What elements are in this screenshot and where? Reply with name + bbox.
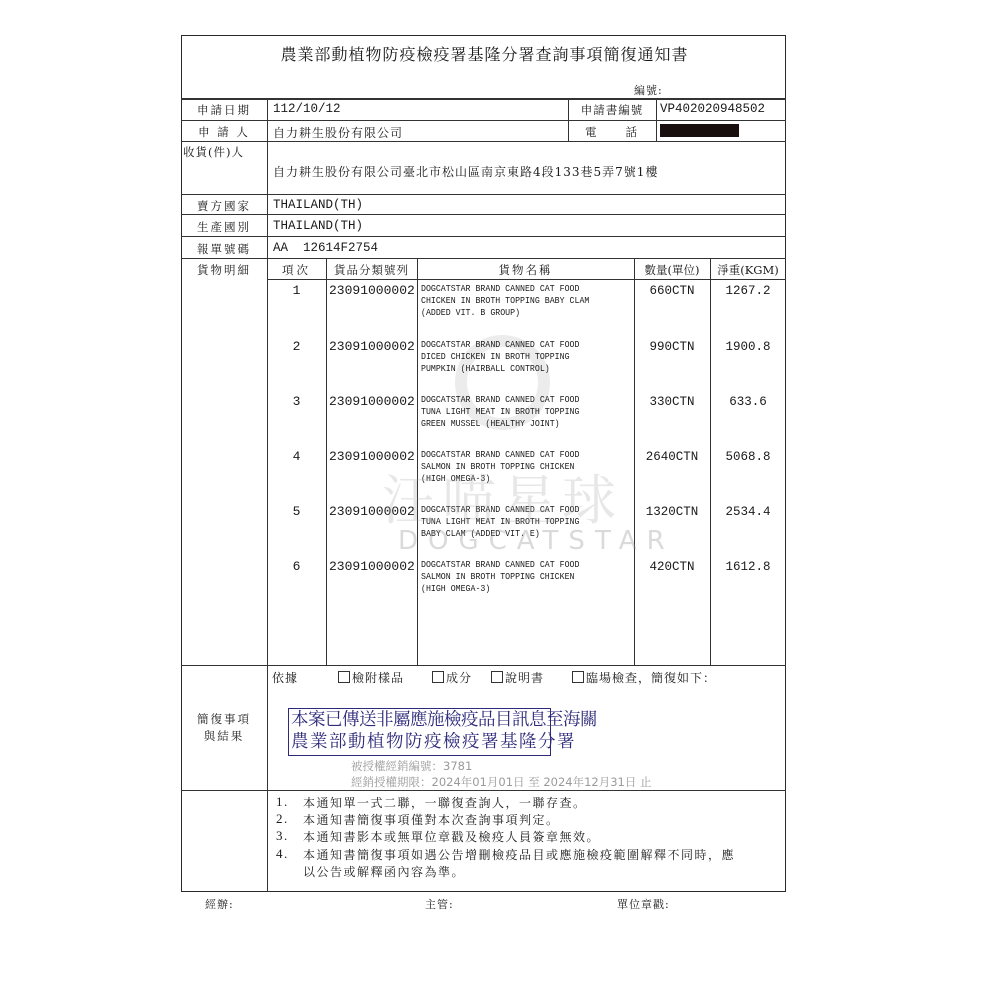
- consignee: 自力耕生股份有限公司臺北市松山區南京東路4段133巷5弄7號1樓: [273, 163, 658, 180]
- watermark-english: DOGCATSTAR: [398, 526, 675, 556]
- note-text: 以公告或解釋函內容為準。: [303, 863, 465, 880]
- goods-name-line: CHICKEN IN BROTH TOPPING BABY CLAM: [421, 295, 589, 307]
- authorization-period: 經銷授權期限：2024年01月01日 至 2024年12月31日 止: [351, 774, 652, 790]
- note-text: 本通知書簡復事項如遇公告增刪檢疫品目或應施檢疫範圍解釋不同時，應: [303, 846, 735, 863]
- consignee-label: 收貨(件)人: [183, 144, 244, 160]
- apply-date: 112/10/12: [273, 102, 341, 116]
- apply-date-label: 申請日期: [181, 102, 267, 118]
- quantity: 2640CTN: [634, 450, 710, 464]
- divider: [326, 258, 327, 665]
- col-header-code: 貨品分類號列: [326, 262, 417, 278]
- application-no: VP402020948502: [660, 102, 765, 116]
- goods-name: DOGCATSTAR BRAND CANNED CAT FOODTUNA LIG…: [421, 394, 605, 430]
- watermark-chinese: 汪喵星球: [382, 458, 622, 535]
- item-number: 6: [267, 559, 326, 574]
- goods-name-line: TUNA LIGHT MEAT IN BROTH TOPPING: [421, 406, 579, 418]
- application-no-label: 申請書編號: [568, 102, 656, 118]
- goods-name-line: DOGCATSTAR BRAND CANNED CAT FOOD: [421, 283, 589, 295]
- divider: [181, 194, 786, 195]
- checkbox-onsite-inspection[interactable]: 臨場檢查，簡復如下：: [572, 669, 716, 686]
- item-number: 3: [267, 394, 326, 409]
- net-weight: 1900.8: [710, 340, 786, 354]
- note-number: 3.: [276, 828, 289, 844]
- net-weight: 1267.2: [710, 284, 786, 298]
- divider: [181, 665, 786, 666]
- note-number: 2.: [276, 811, 289, 827]
- checkbox-icon: [432, 671, 444, 683]
- phone-redacted: [660, 124, 739, 137]
- goods-name-line: DOGCATSTAR BRAND CANNED CAT FOOD: [421, 394, 579, 406]
- result-section-label-2: 與結果: [181, 728, 267, 744]
- stamp-line-2: 農業部動植物防疫檢疫署基隆分署: [291, 731, 548, 753]
- goods-section-label: 貨物明細: [181, 262, 267, 278]
- note-number: 4.: [276, 846, 289, 862]
- item-number: 1: [267, 283, 326, 298]
- checkbox-sample[interactable]: 檢附樣品: [338, 669, 404, 686]
- stamp-line-1: 本案已傳送非屬應施檢疫品目訊息至海關: [291, 709, 548, 731]
- hs-code: 23091000002: [329, 394, 415, 409]
- quantity: 660CTN: [634, 284, 710, 298]
- goods-name-line: DICED CHICKEN IN BROTH TOPPING: [421, 351, 579, 363]
- goods-name-line: DOGCATSTAR BRAND CANNED CAT FOOD: [421, 339, 579, 351]
- origin-country: THAILAND(TH): [273, 219, 363, 233]
- quantity: 330CTN: [634, 395, 710, 409]
- col-header-weight: 淨重(KGM): [710, 262, 786, 278]
- divider: [181, 98, 786, 100]
- divider: [267, 279, 786, 280]
- col-header-qty: 數量(單位): [634, 262, 710, 278]
- net-weight: 633.6: [710, 395, 786, 409]
- item-number: 5: [267, 504, 326, 519]
- goods-name: DOGCATSTAR BRAND CANNED CAT FOODSALMON I…: [421, 559, 605, 595]
- divider: [181, 258, 786, 259]
- goods-name-line: PUMPKIN (HAIRBALL CONTROL): [421, 363, 579, 375]
- checkbox-icon: [338, 671, 350, 683]
- divider: [267, 98, 268, 892]
- note-text: 本通知單一式二聯，一聯復查詢人，一聯存查。: [303, 794, 587, 811]
- goods-name: DOGCATSTAR BRAND CANNED CAT FOODDICED CH…: [421, 339, 605, 375]
- item-number: 4: [267, 449, 326, 464]
- serial-label: 編號:: [634, 82, 663, 98]
- handler-signature-label: 經辦:: [205, 896, 234, 912]
- divider: [181, 141, 786, 142]
- goods-name-line: (HIGH OMEGA-3): [421, 583, 579, 595]
- supervisor-signature-label: 主管:: [425, 896, 454, 912]
- quantity: 1320CTN: [634, 505, 710, 519]
- hs-code: 23091000002: [329, 559, 415, 574]
- col-header-name: 貨物名稱: [417, 262, 634, 278]
- net-weight: 2534.4: [710, 505, 786, 519]
- goods-name: DOGCATSTAR BRAND CANNED CAT FOODCHICKEN …: [421, 283, 617, 319]
- quantity: 990CTN: [634, 340, 710, 354]
- goods-name-line: SALMON IN BROTH TOPPING CHICKEN: [421, 571, 579, 583]
- hs-code: 23091000002: [329, 283, 415, 298]
- checkbox-manual[interactable]: 說明書: [491, 669, 544, 686]
- quantity: 420CTN: [634, 560, 710, 574]
- unit-seal-label: 單位章戳:: [617, 896, 670, 912]
- seller-country-label: 賣方國家: [181, 198, 267, 214]
- goods-name-line: GREEN MUSSEL (HEALTHY JOINT): [421, 418, 579, 430]
- divider: [656, 98, 657, 141]
- applicant-label: 申 請 人: [181, 124, 267, 140]
- declaration-no-label: 報單號碼: [181, 241, 267, 257]
- checkbox-ingredients[interactable]: 成分: [432, 669, 472, 686]
- seller-country: THAILAND(TH): [273, 198, 363, 212]
- divider: [181, 236, 786, 237]
- note-text: 本通知書簡復事項僅對本次查詢事項判定。: [303, 811, 560, 828]
- applicant: 自力耕生股份有限公司: [273, 124, 403, 141]
- official-stamp: 本案已傳送非屬應施檢疫品目訊息至海關 農業部動植物防疫檢疫署基隆分署: [288, 708, 551, 756]
- declaration-no: AA 12614F2754: [273, 241, 378, 255]
- goods-name-line: DOGCATSTAR BRAND CANNED CAT FOOD: [421, 559, 579, 571]
- note-text: 本通知書影本或無單位章戳及檢疫人員簽章無效。: [303, 828, 600, 845]
- goods-name-line: (ADDED VIT. B GROUP): [421, 307, 589, 319]
- item-number: 2: [267, 339, 326, 354]
- result-section-label-1: 簡復事項: [181, 711, 267, 727]
- origin-country-label: 生產國別: [181, 219, 267, 235]
- basis-label: 依據: [272, 669, 298, 686]
- checkbox-icon: [491, 671, 503, 683]
- divider: [181, 790, 786, 791]
- net-weight: 1612.8: [710, 560, 786, 574]
- net-weight: 5068.8: [710, 450, 786, 464]
- col-header-item: 項次: [267, 262, 326, 278]
- hs-code: 23091000002: [329, 339, 415, 354]
- note-number: 1.: [276, 794, 289, 810]
- document-title: 農業部動植物防疫檢疫署基隆分署查詢事項簡復通知書: [182, 42, 787, 65]
- checkbox-icon: [572, 671, 584, 683]
- phone-label: 電 話: [568, 124, 656, 140]
- divider: [181, 120, 786, 121]
- divider: [181, 214, 786, 215]
- authorization-number: 被授權經銷編號：3781: [351, 758, 472, 774]
